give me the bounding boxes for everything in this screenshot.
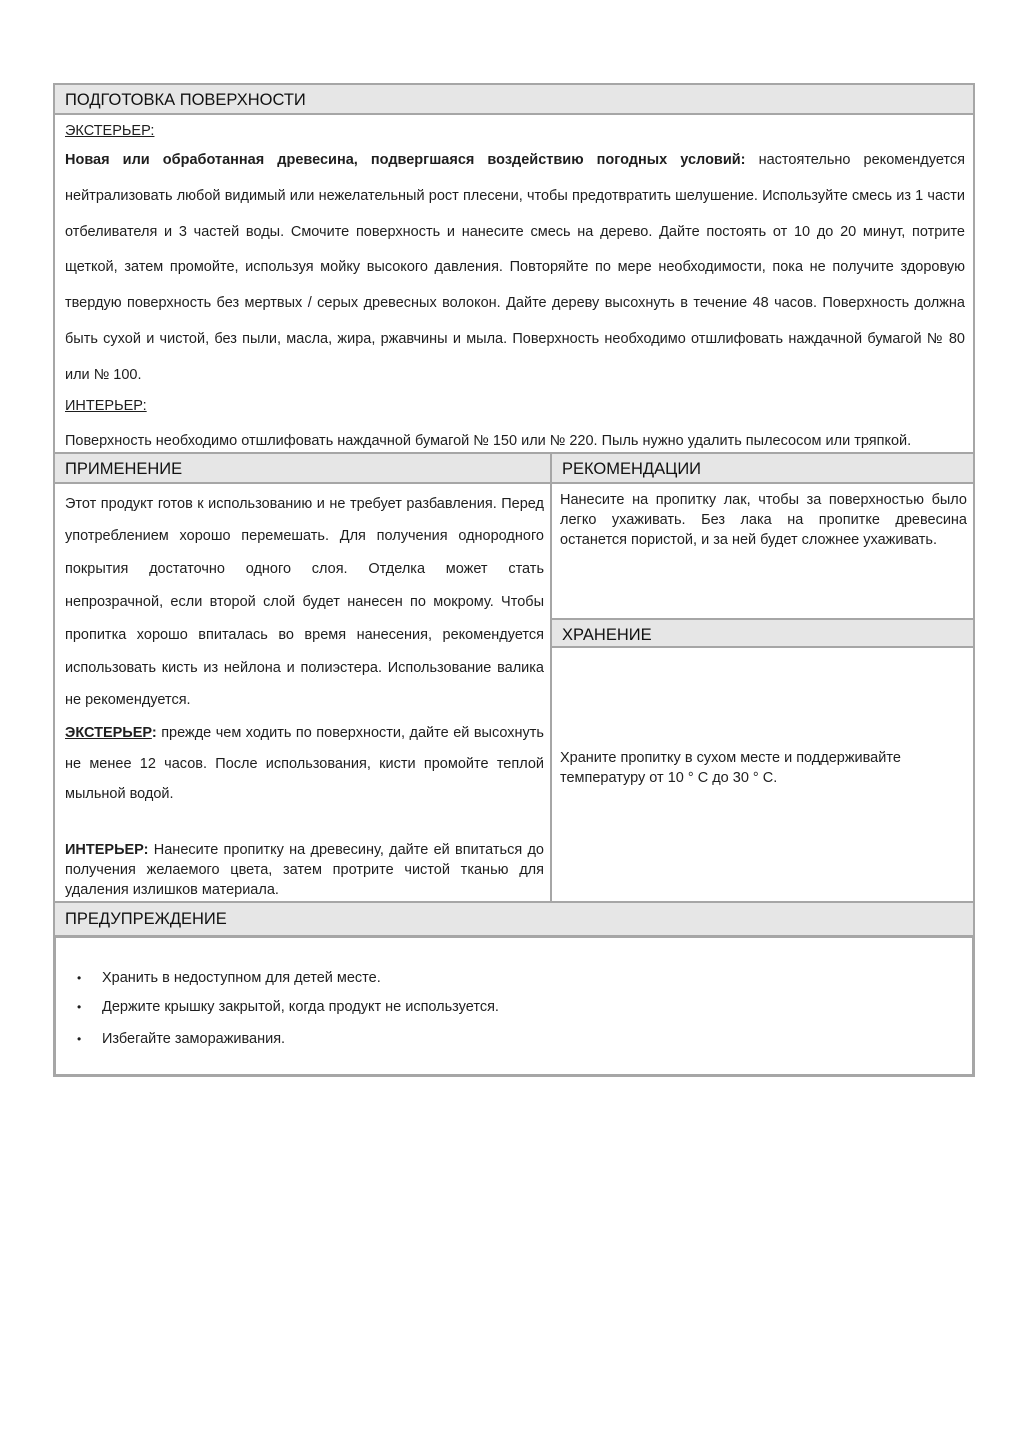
exterior-paragraph: Новая или обработанная древесина, подвер… bbox=[65, 143, 965, 394]
bullet-icon: • bbox=[77, 997, 81, 1017]
warning-item: •Хранить в недоступном для детей месте. bbox=[102, 968, 972, 988]
application-row: ПРИМЕНЕНИЕ Этот продукт готов к использо… bbox=[53, 452, 975, 901]
warning-section: •Хранить в недоступном для детей месте. … bbox=[53, 935, 975, 1077]
application-exterior-label: ЭКСТЕРЬЕР bbox=[65, 725, 152, 741]
storage-text: Храните пропитку в сухом месте и поддерж… bbox=[552, 648, 973, 884]
interior-text: Поверхность необходимо отшлифовать нажда… bbox=[65, 418, 965, 452]
storage-heading: ХРАНЕНИЕ bbox=[552, 618, 973, 648]
recommendations-heading: РЕКОМЕНДАЦИИ bbox=[552, 454, 973, 484]
warning-heading: ПРЕДУПРЕЖДЕНИЕ bbox=[53, 901, 975, 935]
warning-item-text: Держите крышку закрытой, когда продукт н… bbox=[102, 999, 499, 1015]
right-column: РЕКОМЕНДАЦИИ Нанесите на пропитку лак, ч… bbox=[552, 454, 973, 901]
warning-item-text: Избегайте замораживания. bbox=[102, 1031, 285, 1047]
warning-item: •Держите крышку закрытой, когда продукт … bbox=[102, 997, 972, 1017]
interior-label: ИНТЕРЬЕР: bbox=[65, 394, 965, 418]
surface-prep-section: ПОДГОТОВКА ПОВЕРХНОСТИ ЭКСТЕРЬЕР: Новая … bbox=[53, 83, 975, 452]
application-exterior: ЭКСТЕРЬЕР: прежде чем ходить по поверхно… bbox=[65, 718, 544, 810]
warning-list: •Хранить в недоступном для детей месте. … bbox=[56, 968, 972, 1050]
application-section: ПРИМЕНЕНИЕ Этот продукт готов к использо… bbox=[55, 454, 552, 901]
application-interior-label: ИНТЕРЬЕР: bbox=[65, 842, 149, 858]
bullet-icon: • bbox=[77, 968, 81, 988]
warning-item: •Избегайте замораживания. bbox=[102, 1029, 972, 1049]
product-data-sheet: ПОДГОТОВКА ПОВЕРХНОСТИ ЭКСТЕРЬЕР: Новая … bbox=[53, 83, 975, 1077]
application-heading: ПРИМЕНЕНИЕ bbox=[55, 454, 550, 484]
exterior-bold-lead: Новая или обработанная древесина, подвер… bbox=[65, 152, 746, 168]
recommendations-text: Нанесите на пропитку лак, чтобы за повер… bbox=[552, 484, 973, 618]
exterior-text: настоятельно рекомендуется нейтрализоват… bbox=[65, 152, 965, 383]
bullet-icon: • bbox=[77, 1029, 81, 1049]
application-text: Этот продукт готов к использованию и не … bbox=[65, 488, 544, 718]
surface-prep-heading: ПОДГОТОВКА ПОВЕРХНОСТИ bbox=[55, 85, 973, 115]
warning-item-text: Хранить в недоступном для детей месте. bbox=[102, 970, 381, 986]
exterior-label: ЭКСТЕРЬЕР: bbox=[65, 119, 965, 143]
application-interior: ИНТЕРЬЕР: Нанесите пропитку на древесину… bbox=[65, 840, 544, 901]
